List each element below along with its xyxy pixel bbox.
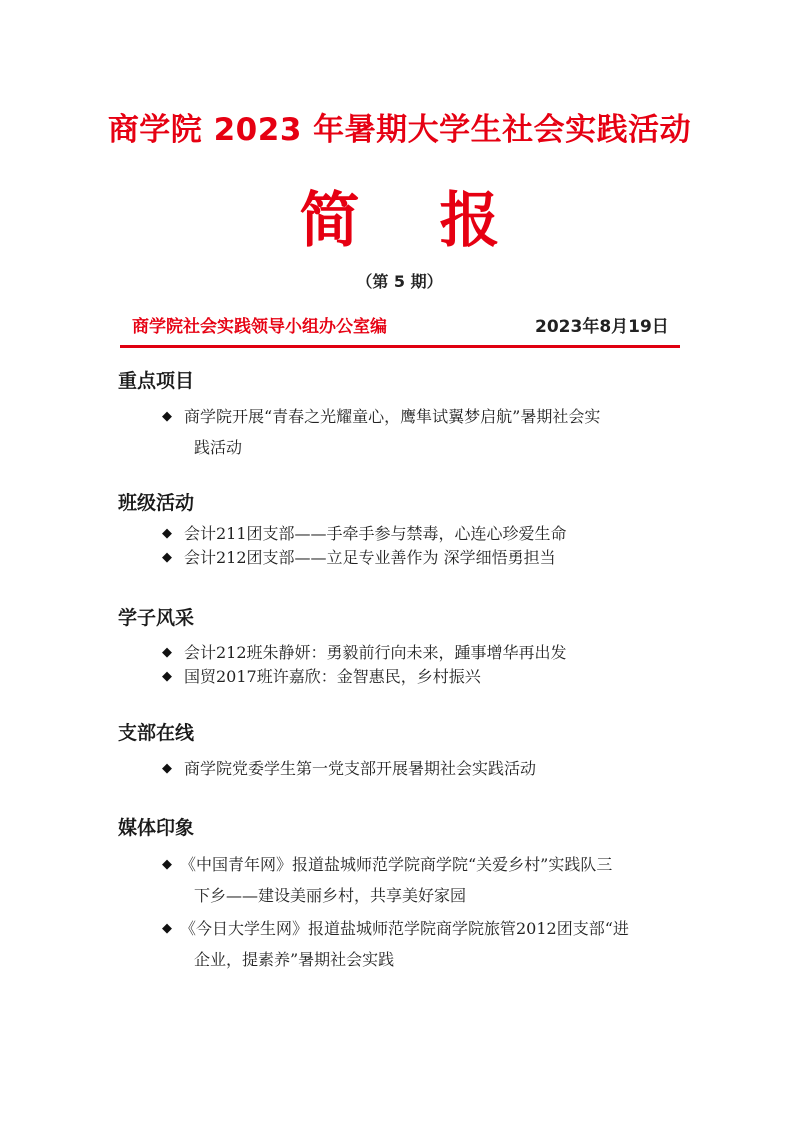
item-text: 国贸2017班许嘉欣：金智惠民，乡村振兴: [184, 665, 700, 689]
item-list: ◆ 《中国青年网》报道盐城师范学院商学院“关爱乡村”实践队三 下乡——建设美丽乡…: [118, 849, 718, 975]
item-text: 会计212班朱静妍：勇毅前行向未来，踵事增华再出发: [184, 641, 700, 665]
issue-number: （第 5 期）: [0, 270, 799, 294]
item-text: 会计211团支部——手牵手参与禁毒，心连心珍爱生命: [184, 522, 700, 546]
list-item: ◆ 《中国青年网》报道盐城师范学院商学院“关爱乡村”实践队三 下乡——建设美丽乡…: [118, 849, 718, 911]
diamond-bullet-icon: ◆: [162, 757, 172, 781]
section-title: 班级活动: [118, 489, 718, 517]
masthead: 商学院社会实践领导小组办公室编 2023年8月19日: [132, 314, 679, 340]
item-list: ◆ 会计211团支部——手牵手参与禁毒，心连心珍爱生命 ◆ 会计212团支部——…: [118, 522, 718, 570]
list-item: ◆ 会计212班朱静妍：勇毅前行向未来，踵事增华再出发: [118, 641, 718, 665]
diamond-bullet-icon: ◆: [162, 913, 172, 944]
section-student-showcase: 学子风采 ◆ 会计212班朱静妍：勇毅前行向未来，踵事增华再出发 ◆ 国贸201…: [118, 604, 718, 689]
diamond-bullet-icon: ◆: [162, 546, 172, 570]
item-text-continued: 下乡——建设美丽乡村，共享美好家园: [180, 880, 700, 911]
item-list: ◆ 会计212班朱静妍：勇毅前行向未来，踵事增华再出发 ◆ 国贸2017班许嘉欣…: [118, 641, 718, 689]
editor-label: 商学院社会实践领导小组办公室编: [132, 314, 387, 340]
diamond-bullet-icon: ◆: [162, 849, 172, 880]
red-divider: [120, 345, 680, 348]
item-text: 会计212团支部——立足专业善作为 深学细悟勇担当: [184, 546, 700, 570]
section-title: 重点项目: [118, 367, 718, 395]
document-page: 商学院 2023 年暑期大学生社会实践活动 简报 （第 5 期） 商学院社会实践…: [0, 0, 799, 1130]
diamond-bullet-icon: ◆: [162, 665, 172, 689]
list-item: ◆ 《今日大学生网》报道盐城师范学院商学院旅管2012团支部“进 企业，提素养”…: [118, 913, 718, 975]
item-text: 《今日大学生网》报道盐城师范学院商学院旅管2012团支部“进: [180, 913, 700, 944]
section-media-impressions: 媒体印象 ◆ 《中国青年网》报道盐城师范学院商学院“关爱乡村”实践队三 下乡——…: [118, 814, 718, 975]
item-text: 商学院党委学生第一党支部开展暑期社会实践活动: [184, 757, 700, 781]
diamond-bullet-icon: ◆: [162, 401, 172, 432]
section-title: 学子风采: [118, 604, 718, 632]
section-title: 支部在线: [118, 719, 718, 747]
section-class-activities: 班级活动 ◆ 会计211团支部——手牵手参与禁毒，心连心珍爱生命 ◆ 会计212…: [118, 489, 718, 570]
section-title: 媒体印象: [118, 814, 718, 842]
item-text-continued: 企业，提素养”暑期社会实践: [180, 944, 700, 975]
bulletin-title: 简报: [0, 186, 799, 256]
section-key-projects: 重点项目 ◆ 商学院开展“青春之光耀童心，鹰隼试翼梦启航”暑期社会实 践活动: [118, 367, 718, 463]
bulletin-title-right: 报: [440, 186, 500, 256]
list-item: ◆ 会计211团支部——手牵手参与禁毒，心连心珍爱生命: [118, 522, 718, 546]
diamond-bullet-icon: ◆: [162, 522, 172, 546]
item-list: ◆ 商学院开展“青春之光耀童心，鹰隼试翼梦启航”暑期社会实 践活动: [118, 401, 718, 463]
list-item: ◆ 国贸2017班许嘉欣：金智惠民，乡村振兴: [118, 665, 718, 689]
item-text: 《中国青年网》报道盐城师范学院商学院“关爱乡村”实践队三: [180, 849, 700, 880]
bulletin-title-left: 简: [300, 186, 360, 256]
list-item: ◆ 商学院党委学生第一党支部开展暑期社会实践活动: [118, 757, 718, 781]
section-branch-online: 支部在线 ◆ 商学院党委学生第一党支部开展暑期社会实践活动: [118, 719, 718, 781]
publish-date: 2023年8月19日: [535, 314, 669, 340]
diamond-bullet-icon: ◆: [162, 641, 172, 665]
main-title: 商学院 2023 年暑期大学生社会实践活动: [0, 110, 799, 150]
list-item: ◆ 会计212团支部——立足专业善作为 深学细悟勇担当: [118, 546, 718, 570]
list-item: ◆ 商学院开展“青春之光耀童心，鹰隼试翼梦启航”暑期社会实 践活动: [118, 401, 718, 463]
item-text: 商学院开展“青春之光耀童心，鹰隼试翼梦启航”暑期社会实: [184, 401, 700, 432]
item-list: ◆ 商学院党委学生第一党支部开展暑期社会实践活动: [118, 757, 718, 781]
item-text-continued: 践活动: [184, 432, 700, 463]
